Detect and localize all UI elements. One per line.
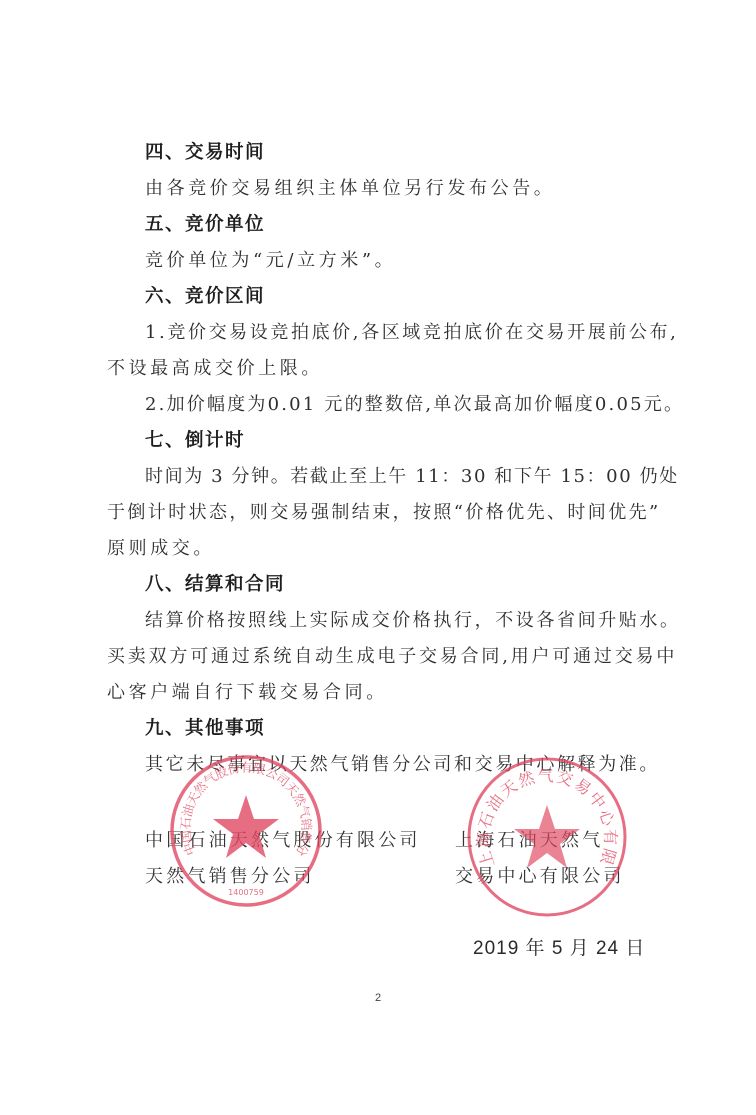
paragraph-line: 于倒计时状态，则交易强制结束，按照“价格优先、时间优先” bbox=[107, 502, 661, 524]
paragraph-line: 心客户端自行下载交易合同。 bbox=[107, 682, 388, 704]
page-number: 2 bbox=[375, 992, 381, 1004]
section-heading-other: 九、其他事项 bbox=[145, 718, 265, 740]
section-heading-countdown: 七、倒计时 bbox=[145, 430, 245, 452]
company-seal-stamp-left: 中国石油天然气股份有限公司天然气销售分公司 1400759 bbox=[168, 753, 324, 909]
section-heading-bid-unit: 五、竞价单位 bbox=[145, 214, 265, 236]
paragraph-line: 时间为 3 分钟。若截止至上午 11：30 和下午 15：00 仍处 bbox=[145, 466, 679, 488]
company-seal-stamp-right: 上海石油天然气交易中心有限公司 bbox=[465, 755, 629, 919]
paragraph-line: 原则成交。 bbox=[107, 538, 215, 560]
paragraph-line: 结算价格按照线上实际成交价格执行，不设各省间升贴水。 bbox=[145, 610, 681, 632]
svg-text:1400759: 1400759 bbox=[228, 888, 264, 897]
section-heading-settlement: 八、结算和合同 bbox=[145, 574, 285, 596]
paragraph-trading-time: 由各竞价交易组织主体单位另行发布公告。 bbox=[145, 178, 555, 200]
paragraph-line: 买卖双方可通过系统自动生成电子交易合同,用户可通过交易中 bbox=[107, 646, 677, 668]
paragraph-line: 1.竞价交易设竞拍底价,各区域竞拍底价在交易开展前公布, bbox=[145, 322, 678, 344]
paragraph-line: 不设最高成交价上限。 bbox=[107, 358, 323, 380]
paragraph-bid-unit: 竞价单位为“元/立方米”。 bbox=[145, 250, 396, 272]
section-heading-trading-time: 四、交易时间 bbox=[145, 142, 265, 164]
document-date: 2019 年 5 月 24 日 bbox=[473, 933, 645, 960]
section-heading-bid-range: 六、竞价区间 bbox=[145, 286, 265, 308]
paragraph-line: 2.加价幅度为0.01 元的整数倍,单次最高加价幅度0.05元。 bbox=[145, 394, 684, 416]
document-page: 四、交易时间 由各竞价交易组织主体单位另行发布公告。 五、竞价单位 竞价单位为“… bbox=[0, 0, 756, 1115]
